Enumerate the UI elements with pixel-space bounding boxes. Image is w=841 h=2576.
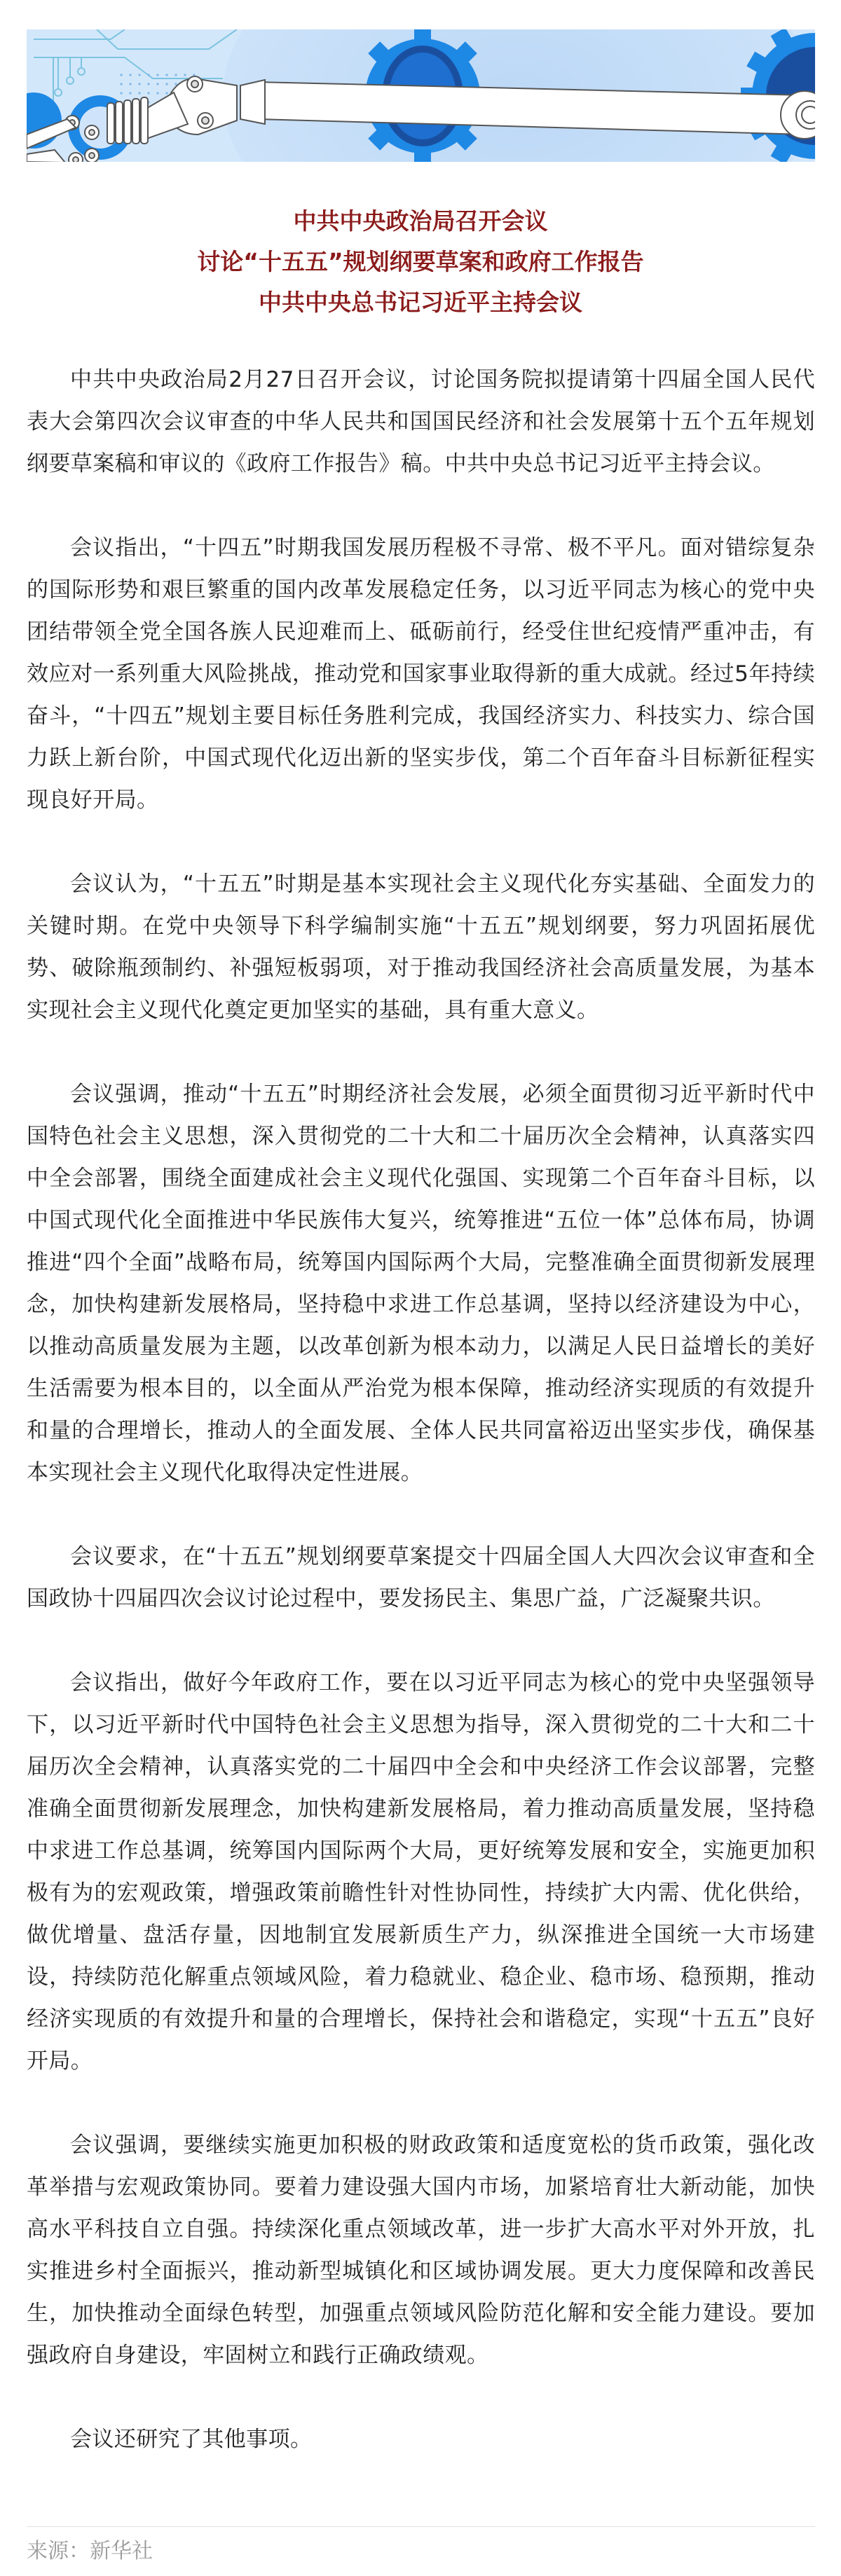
article-body: 中共中央政治局2月27日召开会议，讨论国务院拟提请第十四届全国人民代表大会第四次… <box>27 359 815 2502</box>
article-paragraph: 会议指出，做好今年政府工作，要在以习近平同志为核心的党中央坚强领导下，以习近平新… <box>27 1662 815 2082</box>
footer-divider <box>27 2526 815 2527</box>
article-paragraph: 中共中央政治局2月27日召开会议，讨论国务院拟提请第十四届全国人民代表大会第四次… <box>27 359 815 485</box>
article-headline: 中共中央政治局召开会议 讨论“十五五”规划纲要草案和政府工作报告 中共中央总书记… <box>0 201 841 323</box>
article-paragraph: 会议要求，在“十五五”规划纲要草案提交十四届全国人大四次会议审查和全国政协十四届… <box>27 1536 815 1620</box>
article-paragraph: 会议强调，要继续实施更加积极的财政政策和适度宽松的货币政策，强化改革举措与宏观政… <box>27 2124 815 2376</box>
source-attribution: 来源：新华社 <box>27 2533 153 2570</box>
header-banner-image <box>27 29 815 162</box>
headline-line-3: 中共中央总书记习近平主持会议 <box>0 282 841 323</box>
headline-line-1: 中共中央政治局召开会议 <box>0 201 841 242</box>
article-paragraph: 会议还研究了其他事项。 <box>27 2418 815 2460</box>
article-paragraph: 会议强调，推动“十五五”时期经济社会发展，必须全面贯彻习近平新时代中国特色社会主… <box>27 1073 815 1494</box>
headline-line-2: 讨论“十五五”规划纲要草案和政府工作报告 <box>0 242 841 282</box>
article-paragraph: 会议指出，“十四五”时期我国发展历程极不寻常、极不平凡。面对错综复杂的国际形势和… <box>27 527 815 821</box>
article-paragraph: 会议认为，“十五五”时期是基本实现社会主义现代化夯实基础、全面发力的关键时期。在… <box>27 863 815 1031</box>
